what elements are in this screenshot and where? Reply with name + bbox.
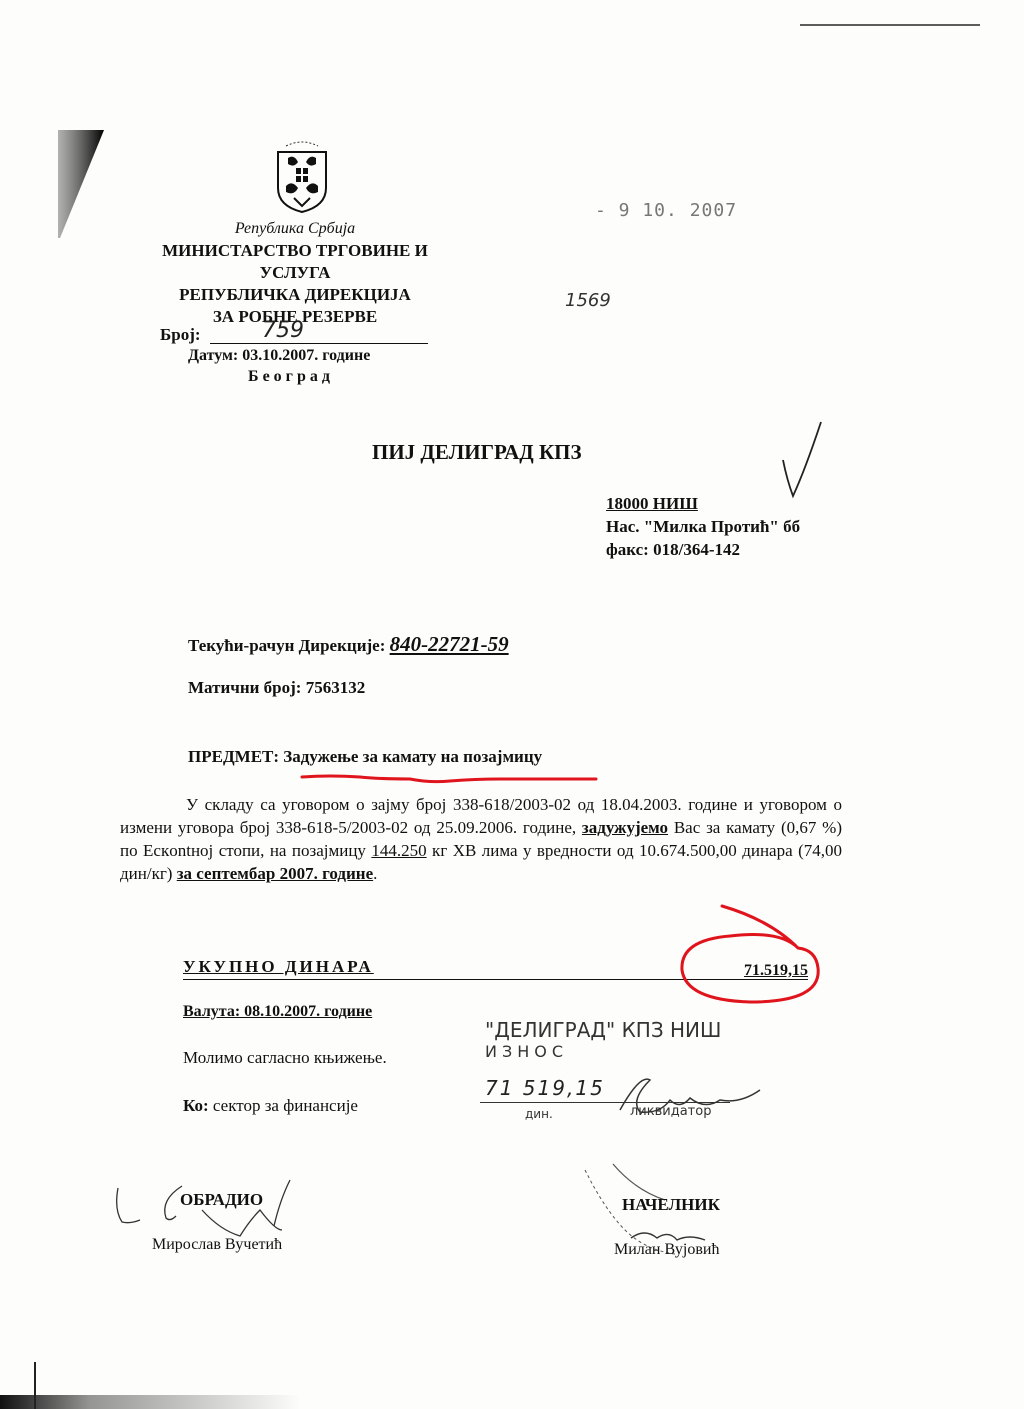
ministry-name-line1: МИНИСТАРСТВО ТРГОВИНЕ И: [140, 240, 450, 262]
stamp-title: "ДЕЛИГРАД" КПЗ НИШ: [485, 1018, 721, 1042]
body-emphasis-period: за септембар 2007. године: [177, 864, 373, 883]
body-part4: .: [373, 864, 377, 883]
head-title: НАЧЕЛНИК: [622, 1195, 720, 1215]
handwritten-reference: 1569: [565, 290, 611, 311]
registry-number: 7563132: [306, 678, 366, 697]
document-date: Датум: 03.10.2007. године: [188, 347, 370, 365]
body-paragraph: У складу са уговором о зајму број 338-61…: [120, 793, 842, 885]
country-name: Република Србија: [140, 218, 450, 240]
red-marker-underline: [300, 772, 600, 790]
directorate-name-line1: РЕПУБЛИЧКА ДИРЕКЦИЈА: [140, 284, 450, 306]
stamp-amount: 71 519,15: [485, 1076, 605, 1100]
subject-row: ПРЕДМЕТ: Задужење за камату на позајмицу: [188, 747, 542, 767]
stamp-signature-icon: [610, 1070, 770, 1135]
body-quantity: 144.250: [371, 841, 426, 860]
recipient-address: 18000 НИШ Нас. "Милка Протић" бб факс: 0…: [606, 492, 800, 561]
registry-row: Матични број: 7563132: [188, 678, 365, 698]
approval-stamp: "ДЕЛИГРАД" КПЗ НИШ ИЗНОС 71 519,15 дин. …: [485, 1018, 721, 1061]
copy-to-text: сектор за финансије: [209, 1096, 358, 1115]
handwritten-number: 759: [262, 318, 304, 343]
scan-edge-line: [800, 24, 980, 26]
letterhead: Република Србија МИНИСТАРСТВО ТРГОВИНЕ И…: [140, 218, 450, 328]
serbia-coat-of-arms-icon: [274, 140, 330, 214]
account-row: Текући-рачун Дирекције: 840-22721-59: [188, 632, 509, 657]
copy-to-label: Ко:: [183, 1096, 209, 1115]
scan-bottom-shadow: [0, 1395, 300, 1409]
subject-label: ПРЕДМЕТ:: [188, 747, 279, 766]
value-date: Валута: 08.10.2007. године: [183, 1003, 372, 1021]
registry-label: Матични број:: [188, 678, 301, 697]
recipient-postal: 18000 НИШ: [606, 492, 800, 515]
subject-text: Задужење за камату на позајмицу: [283, 747, 542, 766]
number-underline: [210, 343, 428, 344]
author-name: Мирослав Вучетић: [152, 1236, 282, 1254]
booking-request: Молимо сагласно књижење.: [183, 1048, 387, 1068]
recipient-name: ПИЈ ДЕЛИГРАД КПЗ: [372, 440, 582, 465]
stamp-amount-label: ИЗНОС: [485, 1042, 721, 1061]
head-name: Милан Вујовић: [614, 1241, 719, 1259]
stamp-currency: дин.: [525, 1107, 553, 1121]
copy-to: Ко: сектор за финансије: [183, 1096, 358, 1116]
account-label: Текући-рачун Дирекције:: [188, 636, 385, 655]
body-emphasis-charge: задужујемо: [582, 818, 668, 837]
recipient-street: Нас. "Милка Протић" бб: [606, 515, 800, 538]
total-label: УКУПНО ДИНАРА: [183, 957, 374, 977]
account-number: 840-22721-59: [390, 632, 509, 656]
city: Београд: [248, 368, 334, 386]
red-marker-circle: [670, 900, 830, 1015]
ministry-name-line2: УСЛУГА: [140, 262, 450, 284]
recipient-fax: факс: 018/364-142: [606, 538, 800, 561]
number-label: Број:: [160, 325, 201, 345]
scan-bottom-mark: [34, 1362, 36, 1409]
received-date-stamp: - 9 10. 2007: [595, 200, 737, 221]
author-title: ОБРАДИО: [180, 1190, 263, 1210]
